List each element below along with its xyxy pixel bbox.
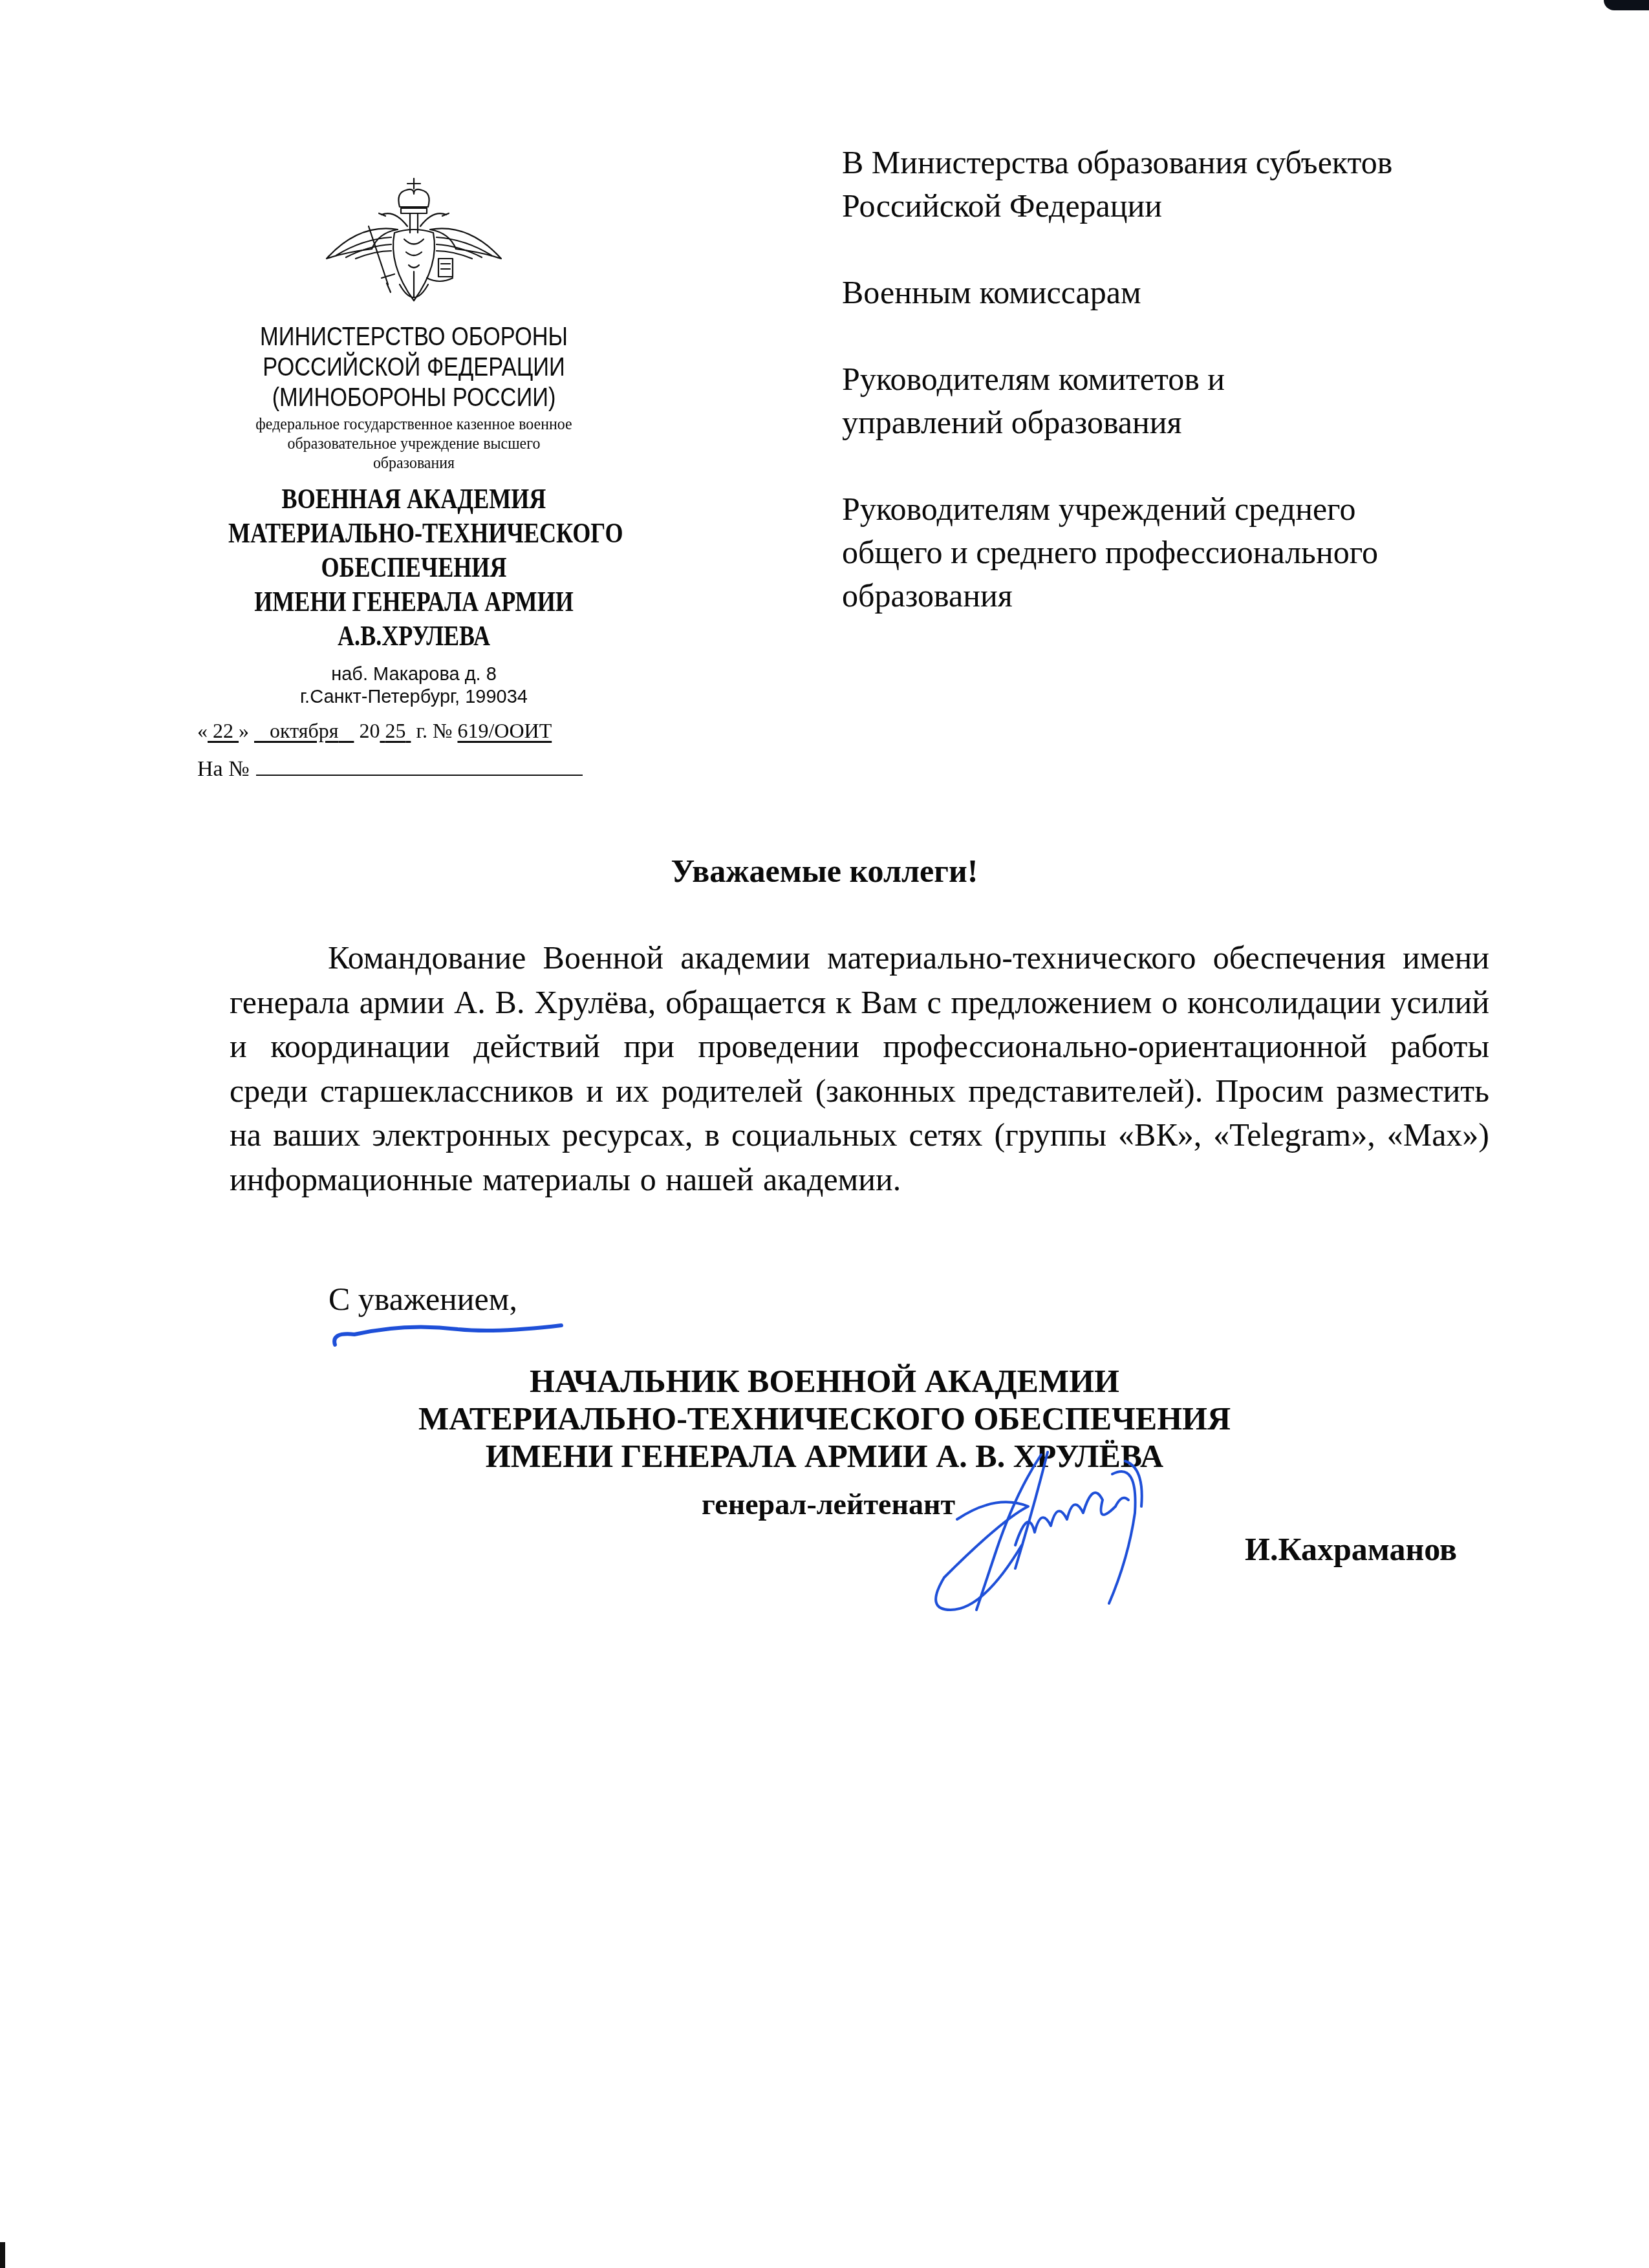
- reg-number: 619/ООИТ: [457, 719, 552, 742]
- reg-month: октября: [254, 719, 354, 742]
- ministry-line: МИНИСТЕРСТВО ОБОРОНЫ: [219, 322, 609, 352]
- eagle-emblem-icon: [317, 175, 511, 317]
- signatory-name: И.Кахраманов: [1245, 1530, 1457, 1568]
- address-line: г.Санкт-Петербург, 199034: [188, 686, 640, 709]
- addressee-committees: Руководителям комитетов и управлений обр…: [842, 358, 1553, 444]
- addressees: В Министерства образования субъектов Рос…: [842, 141, 1553, 617]
- academy-line: ОБЕСПЕЧЕНИЯ: [228, 550, 599, 584]
- body-paragraph: Командование Военной академии материальн…: [230, 936, 1489, 1201]
- quote-close: »: [239, 719, 249, 742]
- addressee-ministries: В Министерства образования субъектов Рос…: [842, 141, 1553, 228]
- reg-day: 22: [208, 719, 239, 742]
- greeting: Уважаемые коллеги!: [0, 852, 1649, 890]
- academy-line: ИМЕНИ ГЕНЕРАЛА АРМИИ: [228, 584, 599, 619]
- signatory-title-line: НАЧАЛЬНИК ВОЕННОЙ АКАДЕМИИ: [0, 1362, 1649, 1400]
- institution-type-line: федеральное государственное казенное вое…: [206, 414, 622, 434]
- registration-line: « 22 » октября 20 25 г. № 619/ООИТ: [197, 719, 552, 743]
- signatory-title-line: ИМЕНИ ГЕНЕРАЛА АРМИИ А. В. ХРУЛЁВА: [0, 1437, 1649, 1475]
- signatory-title-line: МАТЕРИАЛЬНО-ТЕХНИЧЕСКОГО ОБЕСПЕЧЕНИЯ: [0, 1400, 1649, 1437]
- reg-year-suffix: г.: [416, 719, 427, 742]
- signatory-title: НАЧАЛЬНИК ВОЕННОЙ АКАДЕМИИ МАТЕРИАЛЬНО-Т…: [0, 1362, 1649, 1475]
- addressee-line: В Министерства образования субъектов: [842, 141, 1553, 184]
- addressee-line: управлений образования: [842, 401, 1553, 444]
- ministry-name: МИНИСТЕРСТВО ОБОРОНЫ РОССИЙСКОЙ ФЕДЕРАЦИ…: [219, 322, 609, 413]
- academy-line: МАТЕРИАЛЬНО-ТЕХНИЧЕСКОГО: [228, 516, 599, 550]
- address-line: наб. Макарова д. 8: [188, 663, 640, 686]
- reg-century: 20: [359, 719, 380, 742]
- postal-address: наб. Макарова д. 8 г.Санкт-Петербург, 19…: [188, 663, 640, 709]
- addressee-line: Российской Федерации: [842, 184, 1553, 228]
- scan-edge-mark: [0, 2242, 5, 2268]
- addressee-line: Руководителям комитетов и: [842, 358, 1553, 401]
- number-sign: №: [433, 719, 453, 742]
- addressee-schools: Руководителям учреждений среднего общего…: [842, 487, 1553, 617]
- letterhead: МИНИСТЕРСТВО ОБОРОНЫ РОССИЙСКОЙ ФЕДЕРАЦИ…: [188, 175, 640, 709]
- handwritten-signature-icon: [918, 1448, 1229, 1629]
- ministry-line: РОССИЙСКОЙ ФЕДЕРАЦИИ: [219, 352, 609, 383]
- institution-type-line: образования: [206, 453, 622, 473]
- reply-to-line: На №: [197, 756, 583, 782]
- signatory-rank: генерал-лейтенант: [702, 1487, 955, 1521]
- addressee-line: Руководителям учреждений среднего: [842, 487, 1553, 531]
- institution-type-line: образовательное учреждение высшего: [206, 434, 622, 453]
- quote-open: «: [197, 719, 208, 742]
- reply-to-label: На №: [197, 757, 250, 781]
- reply-to-blank: [256, 756, 583, 776]
- addressee-line: общего и среднего профессионального: [842, 531, 1553, 574]
- academy-line: ВОЕННАЯ АКАДЕМИЯ: [228, 482, 599, 516]
- addressee-line: Военным комиссарам: [842, 271, 1553, 314]
- ministry-line: (МИНОБОРОНЫ РОССИИ): [219, 383, 609, 413]
- addressee-commissars: Военным комиссарам: [842, 271, 1553, 314]
- pen-underline-icon: [323, 1312, 569, 1351]
- academy-name: ВОЕННАЯ АКАДЕМИЯ МАТЕРИАЛЬНО-ТЕХНИЧЕСКОГ…: [228, 482, 599, 653]
- academy-line: А.В.ХРУЛЕВА: [228, 619, 599, 653]
- reg-year: 25: [380, 719, 411, 742]
- addressee-line: образования: [842, 574, 1553, 617]
- scan-edge-mark: [1604, 0, 1649, 10]
- institution-type: федеральное государственное казенное вое…: [206, 414, 622, 473]
